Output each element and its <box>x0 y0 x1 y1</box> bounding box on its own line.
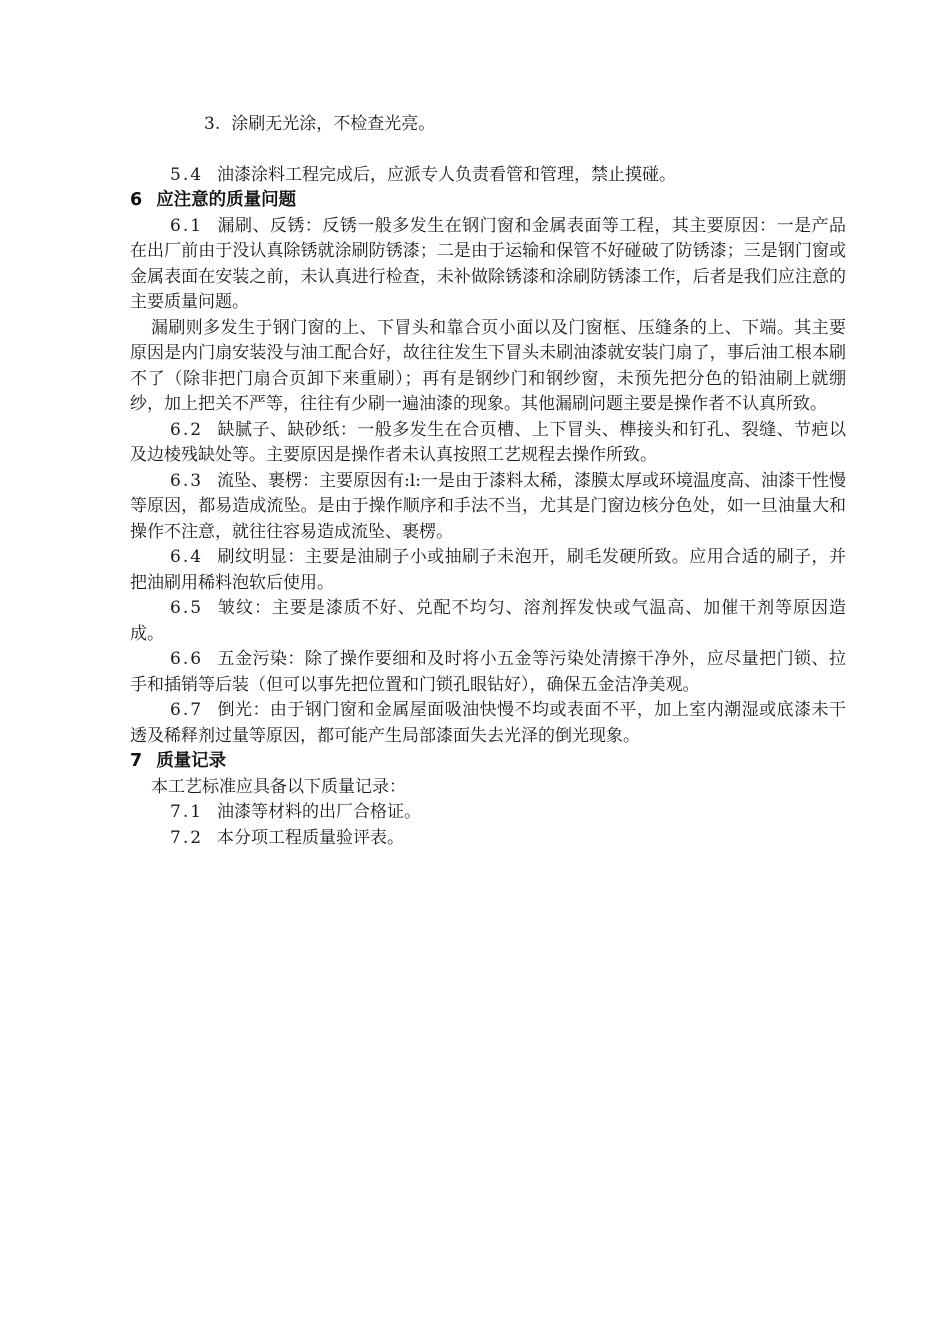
list-item-3-number: 3. <box>204 114 220 134</box>
paragraph-7-2-text: 本分项工程质量验评表。 <box>217 828 404 848</box>
paragraph-6-5-number: 6.5 <box>170 598 203 618</box>
paragraph-5-4-number: 5.4 <box>170 165 203 185</box>
paragraph-6-6-text: 五金污染：除了操作要细和及时将小五金等污染处清擦干净外，应尽量把门锁、拉手和插销… <box>130 649 846 695</box>
paragraph-6-5-text: 皱纹：主要是漆质不好、兑配不均匀、溶剂挥发快或气温高、加催干剂等原因造成。 <box>130 598 846 644</box>
paragraph-6-3-number: 6.3 <box>170 471 203 491</box>
document-page: 3.涂刷无光涂，不检查光亮。 5.4油漆涂料工程完成后，应派专人负责看管和管理，… <box>0 0 950 1344</box>
paragraph-6-6: 6.6五金污染：除了操作要细和及时将小五金等污染处清擦干净外，应尽量把门锁、拉手… <box>130 647 846 698</box>
section-heading-6-number: 6 <box>130 190 142 210</box>
paragraph-6-7-text: 倒光：由于钢门窗和金属屋面吸油快慢不均或表面不平，加上室内潮湿或底漆未干透及稀释… <box>130 700 846 746</box>
paragraph-5-4: 5.4油漆涂料工程完成后，应派专人负责看管和管理，禁止摸碰。 <box>130 163 846 189</box>
blank-line <box>130 138 846 163</box>
paragraph-6-7: 6.7倒光：由于钢门窗和金属屋面吸油快慢不均或表面不平，加上室内潮湿或底漆未干透… <box>130 698 846 749</box>
paragraph-loushua: 漏刷则多发生于钢门窗的上、下冒头和靠合页小面以及门窗框、压缝条的上、下端。其主要… <box>130 316 846 418</box>
paragraph-6-3: 6.3流坠、裹楞：主要原因有:l:一是由于漆料太稀，漆膜太厚或环境温度高、油漆干… <box>130 469 846 546</box>
paragraph-6-4-text: 刷纹明显：主要是油刷子小或抽刷子未泡开，刷毛发硬所致。应用合适的刷子，并把油刷用… <box>130 547 846 593</box>
section-heading-7-number: 7 <box>130 751 142 771</box>
paragraph-6-7-number: 6.7 <box>170 700 203 720</box>
paragraph-7-1-number: 7.1 <box>170 802 203 822</box>
document-body: 3.涂刷无光涂，不检查光亮。 5.4油漆涂料工程完成后，应派专人负责看管和管理，… <box>130 112 846 851</box>
paragraph-6-5: 6.5皱纹：主要是漆质不好、兑配不均匀、溶剂挥发快或气温高、加催干剂等原因造成。 <box>130 596 846 647</box>
paragraph-5-4-text: 油漆涂料工程完成后，应派专人负责看管和管理，禁止摸碰。 <box>217 165 676 185</box>
section-heading-6-title: 应注意的质量问题 <box>156 190 296 210</box>
list-item-3-text: 涂刷无光涂，不检查光亮。 <box>231 114 435 134</box>
paragraph-6-2: 6.2缺腻子、缺砂纸：一般多发生在合页槽、上下冒头、榫接头和钉孔、裂缝、节疤以及… <box>130 418 846 469</box>
paragraph-7-1: 7.1油漆等材料的出厂合格证。 <box>130 800 846 826</box>
paragraph-7-1-text: 油漆等材料的出厂合格证。 <box>217 802 421 822</box>
section-heading-7-title: 质量记录 <box>156 751 226 771</box>
paragraph-quality-records-intro: 本工艺标准应具备以下质量记录： <box>130 775 846 801</box>
paragraph-6-1-text: 漏刷、反锈：反锈一般多发生在钢门窗和金属表面等工程，其主要原因：一是产品在出厂前… <box>130 216 846 313</box>
section-heading-6: 6应注意的质量问题 <box>130 188 846 214</box>
paragraph-6-2-text: 缺腻子、缺砂纸：一般多发生在合页槽、上下冒头、榫接头和钉孔、裂缝、节疤以及边棱残… <box>130 420 846 466</box>
paragraph-6-1: 6.1漏刷、反锈：反锈一般多发生在钢门窗和金属表面等工程，其主要原因：一是产品在… <box>130 214 846 316</box>
paragraph-loushua-text: 漏刷则多发生于钢门窗的上、下冒头和靠合页小面以及门窗框、压缝条的上、下端。其主要… <box>130 318 846 415</box>
paragraph-6-1-number: 6.1 <box>170 216 203 236</box>
paragraph-7-2-number: 7.2 <box>170 828 203 848</box>
paragraph-6-3-text: 流坠、裹楞：主要原因有:l:一是由于漆料太稀，漆膜太厚或环境温度高、油漆干性慢等… <box>130 471 846 542</box>
paragraph-6-4: 6.4刷纹明显：主要是油刷子小或抽刷子未泡开，刷毛发硬所致。应用合适的刷子，并把… <box>130 545 846 596</box>
paragraph-quality-records-intro-text: 本工艺标准应具备以下质量记录： <box>151 777 406 797</box>
paragraph-6-4-number: 6.4 <box>170 547 203 567</box>
paragraph-6-6-number: 6.6 <box>170 649 203 669</box>
paragraph-6-2-number: 6.2 <box>170 420 203 440</box>
section-heading-7: 7质量记录 <box>130 749 846 775</box>
paragraph-7-2: 7.2本分项工程质量验评表。 <box>130 826 846 852</box>
list-item-3: 3.涂刷无光涂，不检查光亮。 <box>130 112 846 138</box>
